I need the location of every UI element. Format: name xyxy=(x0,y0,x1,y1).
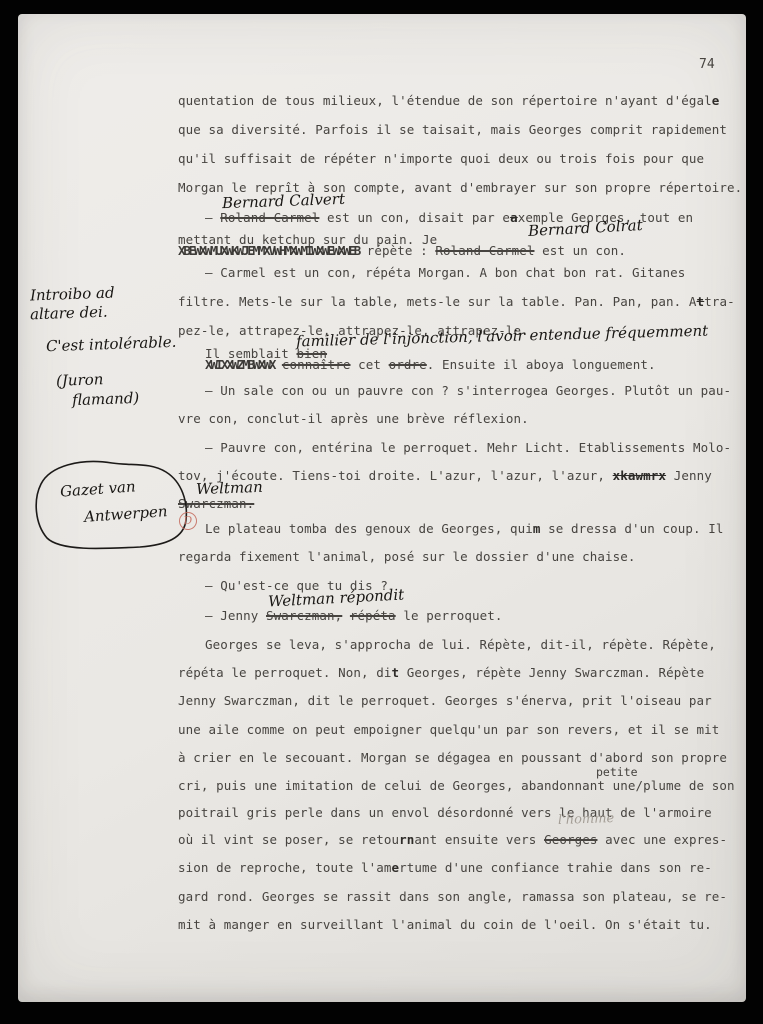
typed-line: Le plateau tomba des genoux de Georges, … xyxy=(205,521,724,536)
margin-note-juron: (Juron xyxy=(56,371,104,389)
correction-weltman: Weltman xyxy=(196,479,263,497)
typed-line: Jenny Swarczman, dit le perroquet. Georg… xyxy=(178,693,712,708)
typed-line: cri, puis une imitation de celui de Geor… xyxy=(178,778,735,793)
typed-line: que sa diversité. Parfois il se taisait,… xyxy=(178,122,727,137)
typed-line: — Pauvre con, entérina le perroquet. Meh… xyxy=(205,440,731,455)
typed-line: XBEWXWMUXWKWJEMMXVWHMXWMIWXWEWXWEB répèt… xyxy=(178,243,626,258)
margin-note-altare-dei: altare dei. xyxy=(30,304,108,323)
gazet-bubble-outline xyxy=(28,456,196,556)
typed-line: qu'il suffisait de répéter n'importe quo… xyxy=(178,151,704,166)
typed-line: regarda fixement l'animal, posé sur le d… xyxy=(178,549,636,564)
margin-note-introibo: Introibo ad xyxy=(30,285,115,304)
margin-note-intolerable: C'est intolérable. xyxy=(46,334,177,355)
typed-line: — Jenny Swarczman, répéta le perroquet. xyxy=(205,608,502,623)
typed-line: — Un sale con ou un pauvre con ? s'inter… xyxy=(205,383,731,398)
correction-bernard-calvert: Bernard Calvert xyxy=(222,191,345,211)
typed-line: sion de reproche, toute l'amertume d'une… xyxy=(178,860,712,875)
typed-line: gard rond. Georges se rassit dans son an… xyxy=(178,889,727,904)
typed-line: mit à manger en surveillant l'animal du … xyxy=(178,917,712,932)
pencil-correction-lhomme: l'homme xyxy=(558,812,615,828)
typed-line: Georges se leva, s'approcha de lui. Répè… xyxy=(205,637,716,652)
typed-line: — Carmel est un con, répéta Morgan. A bo… xyxy=(205,265,685,280)
typed-line: une aile comme on peut empoigner quelqu'… xyxy=(178,722,719,737)
typed-line: poitrail gris perle dans un envol désord… xyxy=(178,805,712,820)
margin-note-flamand: flamand) xyxy=(72,390,140,408)
typed-line: où il vint se poser, se retournant ensui… xyxy=(178,832,727,847)
typed-line: à crier en le secouant. Morgan se dégage… xyxy=(178,750,727,765)
typed-line: quentation de tous milieux, l'étendue de… xyxy=(178,93,719,108)
typed-line: XWIXXWZMBWXWX connaître cet ordre. Ensui… xyxy=(205,357,656,372)
typed-line: filtre. Mets-le sur la table, mets-le su… xyxy=(178,294,735,309)
typed-insertion-petite: petite xyxy=(596,766,638,778)
typed-line: répéta le perroquet. Non, dit Georges, r… xyxy=(178,665,704,680)
typed-line: vre con, conclut-il après une brève réfl… xyxy=(178,411,529,426)
page-number: 74 xyxy=(699,57,715,72)
scanned-manuscript-page: 74 quentation de tous milieux, l'étendue… xyxy=(0,0,763,1024)
